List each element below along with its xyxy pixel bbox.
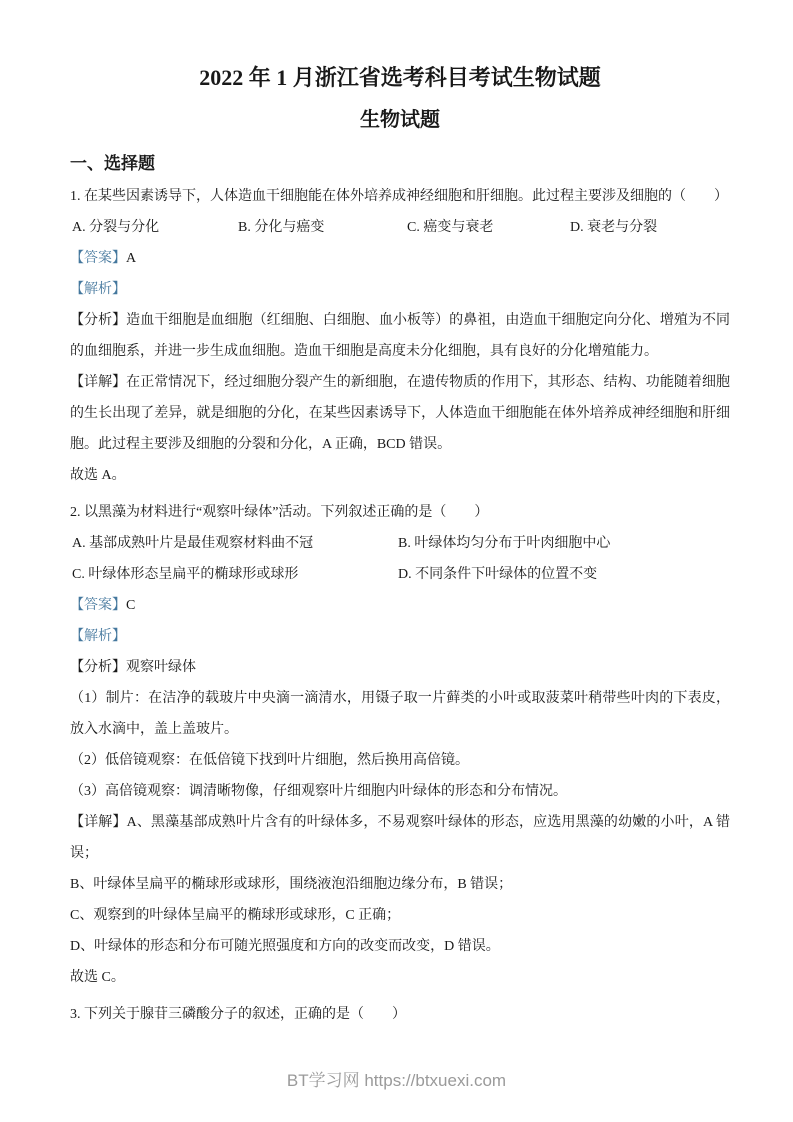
analysis-label: 【解析】 [70,282,126,297]
answer-label: 【答案】 [70,251,126,266]
question-1-answer-line: 【答案】A [70,243,730,274]
question-1-option-a: A. 分裂与分化 [72,212,238,243]
question-1-analysis-heading: 【解析】 [70,274,730,305]
answer-label: 【答案】 [70,598,126,613]
question-1-analysis: 【分析】造血干细胞是血细胞（红细胞、白细胞、血小板等）的鼻祖，由造血干细胞定向分… [70,305,730,367]
question-2: 2. 以黑藻为材料进行“观察叶绿体”活动。下列叙述正确的是（ ） A. 基部成熟… [70,497,730,993]
question-1-answer-value: A [126,251,136,266]
watermark: BT学习网 https://btxuexi.com [0,1066,793,1091]
question-2-detail-c: C、观察到的叶绿体呈扁平的椭球形或球形，C 正确； [70,900,730,931]
question-2-stem: 2. 以黑藻为材料进行“观察叶绿体”活动。下列叙述正确的是（ ） [70,497,730,528]
question-2-analysis-heading: 【解析】 [70,621,730,652]
question-1-options: A. 分裂与分化 B. 分化与癌变 C. 癌变与衰老 D. 衰老与分裂 [70,212,730,243]
section-heading: 一、选择题 [70,153,730,175]
analysis-label: 【解析】 [70,629,126,644]
question-2-step-1: （1）制片：在洁净的载玻片中央滴一滴清水，用镊子取一片藓类的小叶或取菠菜叶稍带些… [70,683,730,745]
question-2-answer-line: 【答案】C [70,590,730,621]
question-2-option-d: D. 不同条件下叶绿体的位置不变 [398,559,730,590]
question-1-option-c: C. 癌变与衰老 [407,212,570,243]
question-1-conclusion: 故选 A。 [70,460,730,491]
document-subtitle: 生物试题 [70,107,730,133]
question-1-option-d: D. 衰老与分裂 [570,212,730,243]
question-2-answer-value: C [126,598,135,613]
question-1-option-b: B. 分化与癌变 [238,212,407,243]
question-1: 1. 在某些因素诱导下，人体造血干细胞能在体外培养成神经细胞和肝细胞。此过程主要… [70,181,730,491]
question-2-options: A. 基部成熟叶片是最佳观察材料曲不冠 B. 叶绿体均匀分布于叶肉细胞中心 C.… [70,528,730,590]
question-2-step-3: （3）高倍镜观察：调清晰物像，仔细观察叶片细胞内叶绿体的形态和分布情况。 [70,776,730,807]
document-page: 2022 年 1 月浙江省选考科目考试生物试题 生物试题 一、选择题 1. 在某… [0,0,793,1122]
question-2-option-c: C. 叶绿体形态呈扁平的椭球形或球形 [72,559,398,590]
question-2-detail-b: B、叶绿体呈扁平的椭球形或球形，围绕液泡沿细胞边缘分布，B 错误； [70,869,730,900]
question-2-detail-d: D、叶绿体的形态和分布可随光照强度和方向的改变而改变，D 错误。 [70,931,730,962]
question-2-conclusion: 故选 C。 [70,962,730,993]
question-2-option-a: A. 基部成熟叶片是最佳观察材料曲不冠 [72,528,398,559]
question-2-analysis-intro: 【分析】观察叶绿体 [70,652,730,683]
question-2-detail-a: 【详解】A、黑藻基部成熟叶片含有的叶绿体多，不易观察叶绿体的形态，应选用黑藻的幼… [70,807,730,869]
question-3: 3. 下列关于腺苷三磷酸分子的叙述，正确的是（ ） [70,999,730,1030]
question-2-option-b: B. 叶绿体均匀分布于叶肉细胞中心 [398,528,730,559]
question-1-detail: 【详解】在正常情况下，经过细胞分裂产生的新细胞，在遗传物质的作用下，其形态、结构… [70,367,730,460]
document-title: 2022 年 1 月浙江省选考科目考试生物试题 [70,64,730,93]
question-2-step-2: （2）低倍镜观察：在低倍镜下找到叶片细胞，然后换用高倍镜。 [70,745,730,776]
question-3-stem: 3. 下列关于腺苷三磷酸分子的叙述，正确的是（ ） [70,999,730,1030]
question-1-stem: 1. 在某些因素诱导下，人体造血干细胞能在体外培养成神经细胞和肝细胞。此过程主要… [70,181,730,212]
